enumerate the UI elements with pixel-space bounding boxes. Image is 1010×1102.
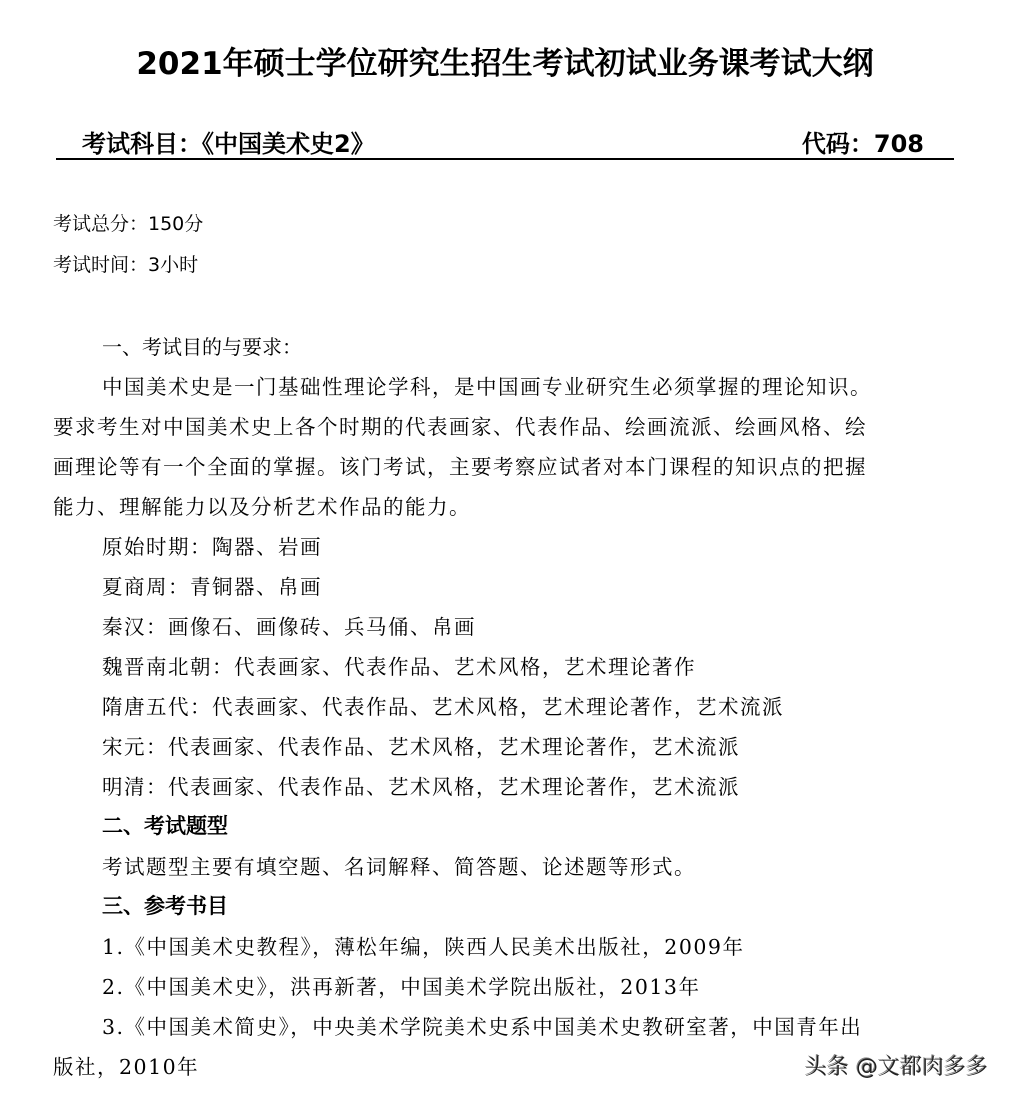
book-item: 3.《中国美术简史》，中央美术学院美术史系中国美术史教研室著，中国青年出 xyxy=(102,1010,862,1040)
paragraph-line: 中国美术史是一门基础性理论学科，是中国画专业研究生必须掌握的理论知识。 xyxy=(102,370,872,400)
paragraph-line: 画理论等有一个全面的掌握。该门考试，主要考察应试者对本门课程的知识点的把握 xyxy=(53,450,867,480)
period-item: 秦汉：画像石、画像砖、兵马俑、帛画 xyxy=(102,610,476,640)
paragraph-line: 要求考生对中国美术史上各个时期的代表画家、代表作品、绘画流派、绘画风格、绘 xyxy=(53,410,867,440)
section3-heading: 三、参考书目 xyxy=(102,890,228,920)
exam-subject: 考试科目：《中国美术史2》 xyxy=(82,124,375,159)
document-title: 2021年硕士学位研究生招生考试初试业务课考试大纲 xyxy=(0,38,1010,83)
period-item: 隋唐五代：代表画家、代表作品、艺术风格，艺术理论著作，艺术流派 xyxy=(102,690,784,720)
book-item: 2.《中国美术史》，洪再新著，中国美术学院出版社，2013年 xyxy=(102,970,700,1000)
book-item: 1.《中国美术史教程》，薄松年编，陕西人民美术出版社，2009年 xyxy=(102,930,744,960)
subject-row: 考试科目：《中国美术史2》 代码：708 xyxy=(56,124,954,160)
book-item: 版社，2010年 xyxy=(53,1050,199,1080)
section2-text: 考试题型主要有填空题、名词解释、简答题、论述题等形式。 xyxy=(102,850,696,880)
period-item: 原始时期：陶器、岩画 xyxy=(102,530,322,560)
paragraph-line: 能力、理解能力以及分析艺术作品的能力。 xyxy=(53,490,471,520)
period-item: 明清：代表画家、代表作品、艺术风格，艺术理论著作，艺术流派 xyxy=(102,770,740,800)
exam-duration: 考试时间：3小时 xyxy=(53,250,198,277)
watermark: 头条 @文都肉多多 xyxy=(805,1050,988,1081)
section2-heading: 二、考试题型 xyxy=(102,810,228,840)
exam-code: 代码：708 xyxy=(802,124,924,159)
section1-heading: 一、考试目的与要求： xyxy=(102,331,302,360)
total-score: 考试总分：150分 xyxy=(53,209,203,236)
period-item: 魏晋南北朝：代表画家、代表作品、艺术风格，艺术理论著作 xyxy=(102,650,696,680)
period-item: 宋元：代表画家、代表作品、艺术风格，艺术理论著作，艺术流派 xyxy=(102,730,740,760)
period-item: 夏商周：青铜器、帛画 xyxy=(102,570,322,600)
